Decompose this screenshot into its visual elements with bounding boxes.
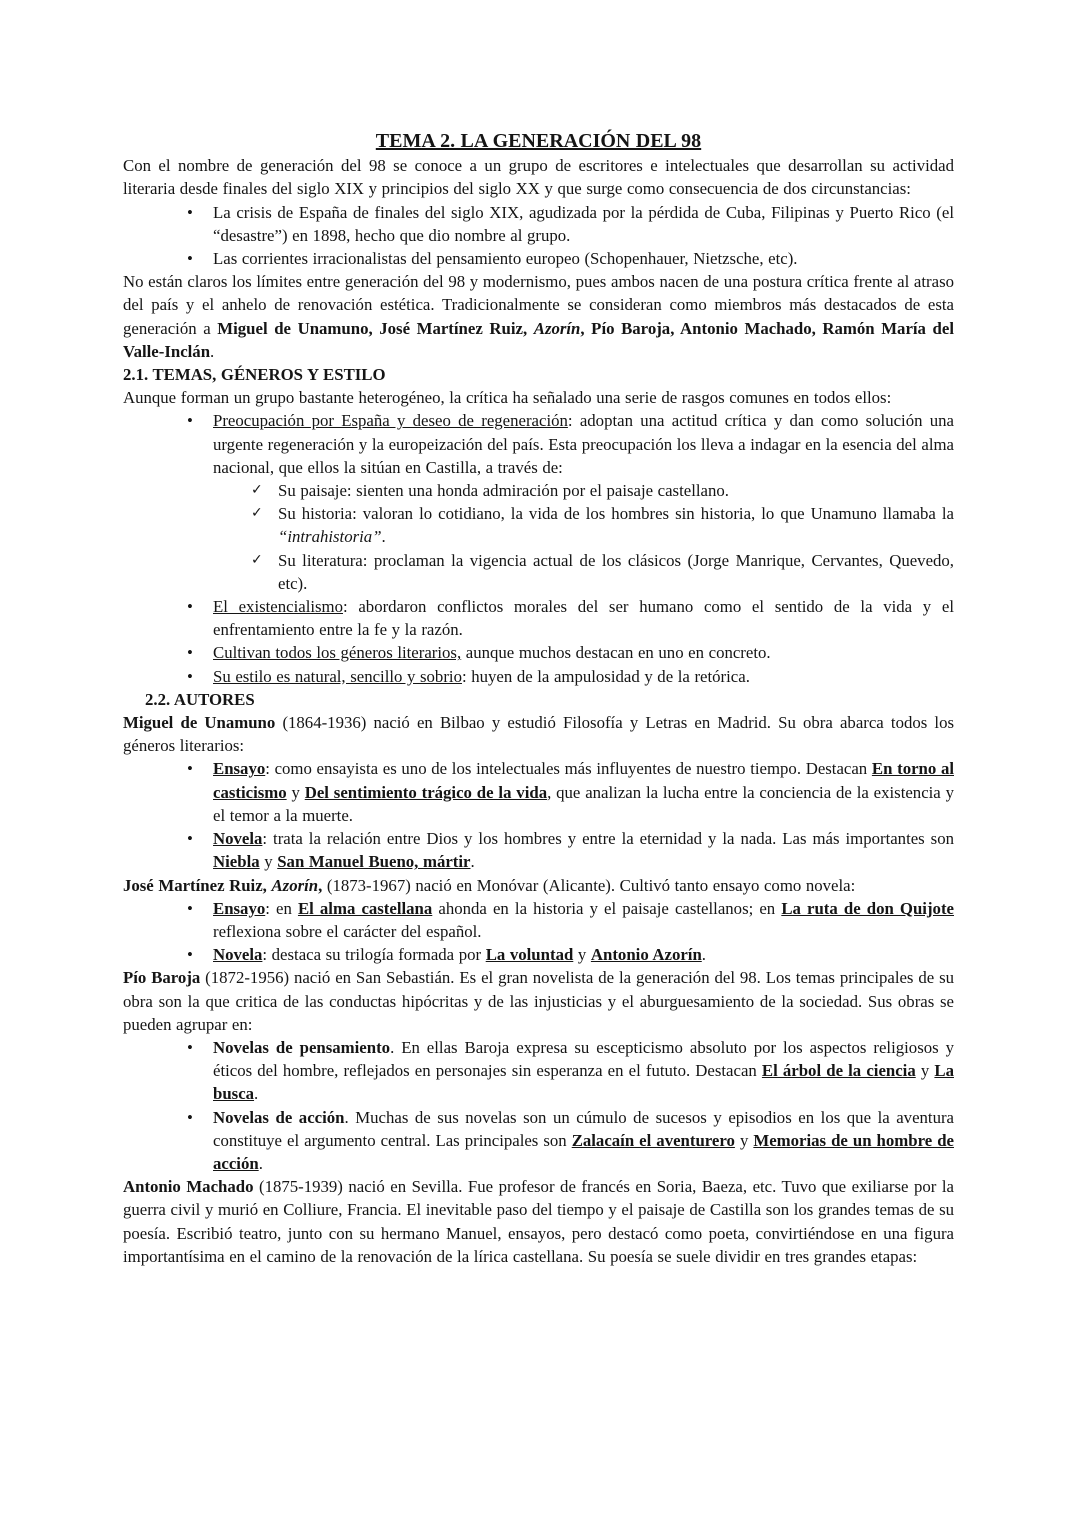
text-run: “intrahistoria” [278,527,382,546]
text-run: : trata la relación entre Dios y los hom… [262,829,954,848]
bullet-icon: • [187,665,193,688]
text-run: ahonda en la historia y el paisaje caste… [432,899,781,918]
text-run: Antonio Azorín [591,945,702,964]
text-run: y [735,1131,753,1150]
bullet-icon: • [187,247,193,270]
text-run: Las corrientes irracionalistas del pensa… [213,249,798,268]
text-run: El existencialismo [213,597,343,616]
text-run: aunque muchos destacan en uno en concret… [461,643,770,662]
text-run: Aunque forman un grupo bastante heterogé… [123,388,891,407]
baroja-paragraph: Pío Baroja (1872-1956) nació en San Seba… [123,966,954,1036]
bullet-icon: • [187,409,193,432]
text-run: José Martínez Ruiz, [123,876,271,895]
text-run: Su historia: valoran lo cotidiano, la vi… [278,504,954,523]
text-run: Novelas de pensamiento [213,1038,390,1057]
limites-paragraph: No están claros los límites entre genera… [123,270,954,363]
document-title: TEMA 2. LA GENERACIÓN DEL 98 [123,130,954,153]
text-run: Novela [213,945,262,964]
bullet-icon: • [187,1106,193,1129]
text-run: Novelas de acción [213,1108,344,1127]
text-run: (1872-1956) nació en San Sebastián. Es e… [123,968,954,1033]
text-run: . [210,342,214,361]
section-heading-2-1: 2.1. TEMAS, GÉNEROS Y ESTILO [123,363,954,386]
text-run: Antonio Machado [123,1177,253,1196]
document-content: Con el nombre de generación del 98 se co… [123,154,954,1268]
bullet-icon: • [187,641,193,664]
text-run: El alma castellana [298,899,432,918]
check-icon: ✓ [251,549,263,572]
text-run: . [702,945,706,964]
bullet-baroja-accion: •Novelas de acción. Muchas de sus novela… [123,1106,954,1176]
text-run: El árbol de la ciencia [762,1061,916,1080]
text-run: Niebla [213,852,260,871]
text-run: Su literatura: proclaman la vigencia act… [278,551,954,593]
text-run: Su paisaje: sienten una honda admiración… [278,481,729,500]
text-run: 2.1. TEMAS, GÉNEROS Y ESTILO [123,365,386,384]
sub-bullet-paisaje: ✓Su paisaje: sienten una honda admiració… [123,479,954,502]
text-run: . [382,527,386,546]
text-run: Pío Baroja [123,968,200,987]
bullet-icon: • [187,757,193,780]
bullet-icon: • [187,595,193,618]
text-run: Su estilo es natural, sencillo y sobrio [213,667,462,686]
check-icon: ✓ [251,502,263,525]
bullet-icon: • [187,1036,193,1059]
bullet-azorin-ensayo: •Ensayo: en El alma castellana ahonda en… [123,897,954,943]
text-run: Preocupación por España y deseo de regen… [213,411,568,430]
text-run: . [470,852,474,871]
text-run: Cultivan todos los géneros literarios, [213,643,461,662]
bullet-azorin-novela: •Novela: destaca su trilogía formada por… [123,943,954,966]
text-run: y [573,945,591,964]
bullet-baroja-pensamiento: •Novelas de pensamiento. En ellas Baroja… [123,1036,954,1106]
bullet-crisis: •La crisis de España de finales del sigl… [123,201,954,247]
bullet-generos: •Cultivan todos los géneros literarios, … [123,641,954,664]
sub-bullet-historia: ✓Su historia: valoran lo cotidiano, la v… [123,502,954,548]
bullet-icon: • [187,827,193,850]
text-run: La voluntad [486,945,574,964]
azorin-paragraph: José Martínez Ruiz, Azorín, (1873-1967) … [123,874,954,897]
text-run: Miguel de Unamuno [123,713,275,732]
check-icon: ✓ [251,479,263,502]
text-run: Zalacaín el aventurero [572,1131,735,1150]
bullet-icon: • [187,897,193,920]
text-run: La ruta de don Quijote [781,899,954,918]
text-run: Miguel de Unamuno, José Martínez Ruiz, [217,319,533,338]
bullet-unamuno-novela: •Novela: trata la relación entre Dios y … [123,827,954,873]
text-run: Ensayo [213,899,265,918]
text-run: Con el nombre de generación del 98 se co… [123,156,954,198]
bullet-preocupacion: •Preocupación por España y deseo de rege… [123,409,954,479]
unamuno-paragraph: Miguel de Unamuno (1864-1936) nació en B… [123,711,954,757]
text-run: (1873-1967) nació en Monóvar (Alicante).… [322,876,855,895]
text-run: Del sentimiento trágico de la vida [305,783,547,802]
section-heading-2-2: 2.2. AUTORES [123,688,954,711]
bullet-icon: • [187,201,193,224]
text-run: reflexiona sobre el carácter del español… [213,922,482,941]
text-run: : huyen de la ampulosidad y de la retóri… [462,667,750,686]
text-run: Novela [213,829,262,848]
text-run: : en [265,899,298,918]
document-page: TEMA 2. LA GENERACIÓN DEL 98 Con el nomb… [0,0,1080,1528]
text-run: . [259,1154,263,1173]
text-run: : destaca su trilogía formada por [262,945,485,964]
bullet-estilo: •Su estilo es natural, sencillo y sobrio… [123,665,954,688]
text-run: Azorín [534,319,581,338]
sub-bullet-literatura: ✓Su literatura: proclaman la vigencia ac… [123,549,954,595]
text-run: Azorín [271,876,318,895]
text-run: y [287,783,305,802]
text-run: y [260,852,278,871]
intro-paragraph: Con el nombre de generación del 98 se co… [123,154,954,200]
text-run: La crisis de España de finales del siglo… [213,203,954,245]
text-run: San Manuel Bueno, mártir [277,852,470,871]
bullet-corrientes: •Las corrientes irracionalistas del pens… [123,247,954,270]
text-run: Ensayo [213,759,265,778]
text-run: y [916,1061,935,1080]
text-run: . [254,1084,258,1103]
bullet-unamuno-ensayo: •Ensayo: como ensayista es uno de los in… [123,757,954,827]
rasgos-paragraph: Aunque forman un grupo bastante heterogé… [123,386,954,409]
text-run: 2.2. AUTORES [145,690,255,709]
machado-paragraph: Antonio Machado (1875-1939) nació en Sev… [123,1175,954,1268]
bullet-existencialismo: •El existencialismo: abordaron conflicto… [123,595,954,641]
bullet-icon: • [187,943,193,966]
text-run: : como ensayista es uno de los intelectu… [265,759,872,778]
